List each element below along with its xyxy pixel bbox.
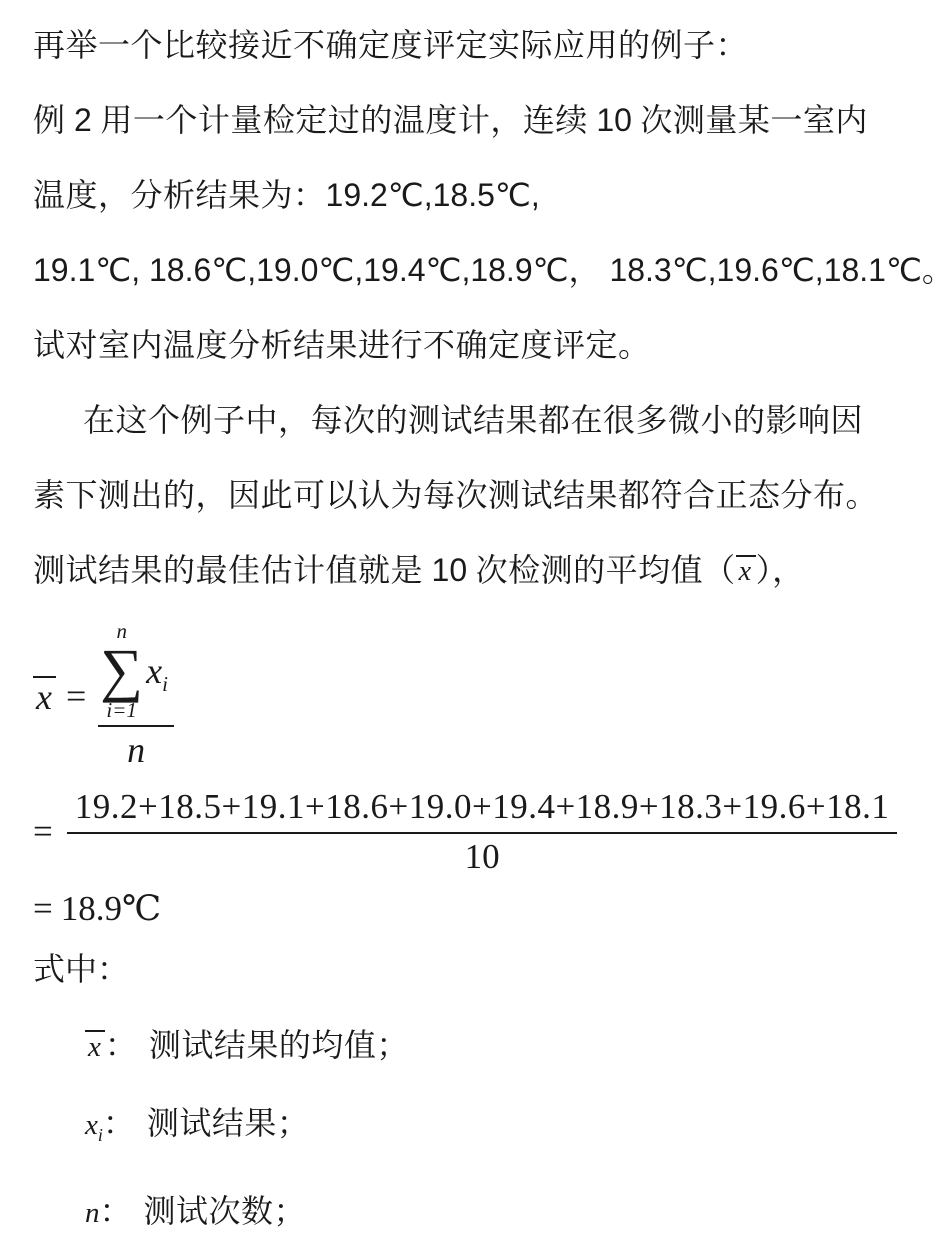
text-run: 温度，分析结果为： xyxy=(33,177,326,213)
legend-description: 测试次数； xyxy=(144,1191,307,1231)
formula-mean-definition: x = n ∑ i=1 xi n xyxy=(33,620,920,771)
xbar-symbol: x xyxy=(85,1030,105,1062)
text-run: ）， xyxy=(756,552,805,588)
legend-heading: 式中： xyxy=(33,949,920,989)
equals-sign: = xyxy=(33,889,53,928)
denominator-n: n xyxy=(127,730,145,770)
numerator-values: 19.2+18.5+19.1+18.6+19.0+19.4+18.9+18.3+… xyxy=(67,787,898,832)
paragraph-example-line4: 试对室内温度分析结果进行不确定度评定。 xyxy=(33,308,920,383)
text-run: 式中： xyxy=(33,951,129,987)
summation-limits: n ∑ i=1 xyxy=(100,620,143,721)
summation-group: n ∑ i=1 xi xyxy=(98,620,174,725)
text-run: 在这个例子中，每次的测试结果都在很多微小的影响因 xyxy=(83,402,863,438)
summand-xi: xi xyxy=(146,650,168,692)
formula-result: =18.9℃ xyxy=(33,889,920,929)
paragraph-example-line3: 19.1℃, 18.6℃,19.0℃,19.4℃,18.9℃， 18.3℃,19… xyxy=(33,233,920,308)
colon: ： xyxy=(103,1105,135,1141)
legend-item-n: n： 测试次数； xyxy=(33,1191,920,1233)
text-run: 试对室内温度分析结果进行不确定度评定。 xyxy=(33,327,651,363)
text-run: 再举一个比较接近不确定度评定实际应用的例子： xyxy=(33,27,748,63)
fraction-sum-over-n: n ∑ i=1 xi n xyxy=(98,620,174,771)
measurement-count: 10 xyxy=(596,102,632,138)
sum-lower-limit: i=1 xyxy=(106,699,137,721)
sigma-symbol: ∑ xyxy=(100,642,143,699)
text-run: 次测量某一室内 xyxy=(632,102,868,138)
colon: ： xyxy=(105,1027,137,1063)
xi-subscript: i xyxy=(162,672,168,696)
temperature-values-2: 19.1℃, 18.6℃,19.0℃,19.4℃,18.9℃， 18.3℃,19… xyxy=(33,252,944,288)
formula-numeric-substitution: = 19.2+18.5+19.1+18.6+19.0+19.4+18.9+18.… xyxy=(33,787,920,877)
paragraph-example-line2: 温度，分析结果为：19.2℃,18.5℃, xyxy=(33,158,920,233)
temperature-values-1: 19.2℃,18.5℃, xyxy=(326,177,540,213)
legend-symbol: xi： xyxy=(85,1103,135,1155)
fraction-values: 19.2+18.5+19.1+18.6+19.0+19.4+18.9+18.3+… xyxy=(67,787,898,877)
text-run: 次检测的平均值（ xyxy=(467,552,736,588)
text-run: 素下测出的，因此可以认为每次测试结果都符合正态分布。 xyxy=(33,477,878,513)
legend-description: 测试结果的均值； xyxy=(149,1025,409,1065)
paragraph-explanation-line3: 测试结果的最佳估计值就是 10 次检测的平均值（x）， xyxy=(33,533,920,608)
xi-base: x xyxy=(85,1109,98,1141)
example-number: 2 xyxy=(74,102,92,138)
legend-item-xbar: x： 测试结果的均值； xyxy=(33,1025,920,1067)
colon: ： xyxy=(100,1193,132,1229)
xbar-symbol-inline: x xyxy=(736,555,756,586)
paragraph-intro: 再举一个比较接近不确定度评定实际应用的例子： xyxy=(33,8,920,83)
fraction-bar-and-denominator: 10 xyxy=(67,832,898,877)
text-run: 例 xyxy=(33,102,74,138)
legend-item-xi: xi： 测试结果； xyxy=(33,1103,920,1155)
text-run: 用一个计量检定过的温度计，连续 xyxy=(92,102,597,138)
result-value: 18.9℃ xyxy=(61,889,161,928)
legend-description: 测试结果； xyxy=(147,1103,310,1143)
denominator-count: 10 xyxy=(465,837,500,876)
document-page: 再举一个比较接近不确定度评定实际应用的例子： 例 2 用一个计量检定过的温度计，… xyxy=(0,0,944,1233)
xbar-symbol: x xyxy=(33,676,56,715)
fraction-bar-and-denominator: n xyxy=(98,725,174,771)
paragraph-explanation-line1: 在这个例子中，每次的测试结果都在很多微小的影响因 xyxy=(33,383,920,458)
xi-base: x xyxy=(146,651,162,691)
n-symbol: n xyxy=(85,1197,100,1229)
equals-sign: = xyxy=(33,812,53,852)
equals-sign: = xyxy=(66,675,86,717)
paragraph-explanation-line2: 素下测出的，因此可以认为每次测试结果都符合正态分布。 xyxy=(33,458,920,533)
legend-symbol: x： xyxy=(85,1025,137,1067)
legend-symbol: n： xyxy=(85,1191,132,1233)
text-run: 测试结果的最佳估计值就是 xyxy=(33,552,432,588)
measurement-count: 10 xyxy=(432,552,468,588)
paragraph-example-line1: 例 2 用一个计量检定过的温度计，连续 10 次测量某一室内 xyxy=(33,83,920,158)
